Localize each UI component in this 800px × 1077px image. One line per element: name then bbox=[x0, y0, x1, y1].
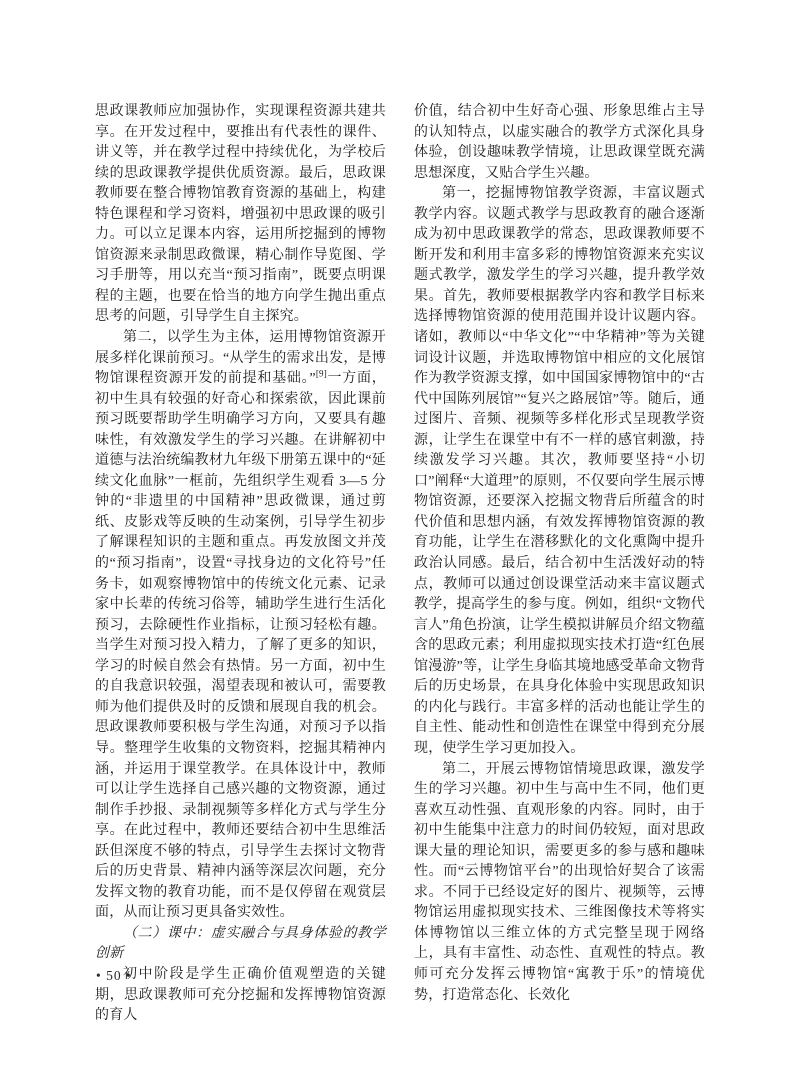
column-left: 思政课教师应加强协作，实现课程资源共建共享。在开发过程中，要推出有代表性的课件、… bbox=[95, 102, 386, 1027]
section-heading: （二）课中：虚实融合与具身体验的教学创新 bbox=[95, 924, 386, 965]
column-right: 价值，结合初中生好奇心强、形象思维占主导的认知特点，以虚实融合的教学方式深化具身… bbox=[414, 102, 705, 1006]
citation-ref: [9] bbox=[316, 368, 327, 378]
body-paragraph: 思政课教师应加强协作，实现课程资源共建共享。在开发过程中，要推出有代表性的课件、… bbox=[95, 102, 386, 328]
body-paragraph: 第一，挖掘博物馆教学资源，丰富议题式教学内容。议题式教学与思政教育的融合逐渐成为… bbox=[414, 184, 705, 759]
page-number: • 50 • bbox=[96, 968, 132, 984]
body-paragraph: 第二，开展云博物馆情境思政课，激发学生的学习兴趣。初中生与高中生不同，他们更喜欢… bbox=[414, 760, 705, 1007]
body-paragraph: 第二，以学生为主体，运用博物馆资源开展多样化课前预习。“从学生的需求出发，是博物… bbox=[95, 328, 386, 924]
body-paragraph: 初中阶段是学生正确价值观塑造的关键期，思政课教师可充分挖掘和发挥博物馆资源的育人 bbox=[95, 965, 386, 1027]
document-page: 思政课教师应加强协作，实现课程资源共建共享。在开发过程中，要推出有代表性的课件、… bbox=[0, 0, 800, 1077]
body-paragraph: 价值，结合初中生好奇心强、形象思维占主导的认知特点，以虚实融合的教学方式深化具身… bbox=[414, 102, 705, 184]
